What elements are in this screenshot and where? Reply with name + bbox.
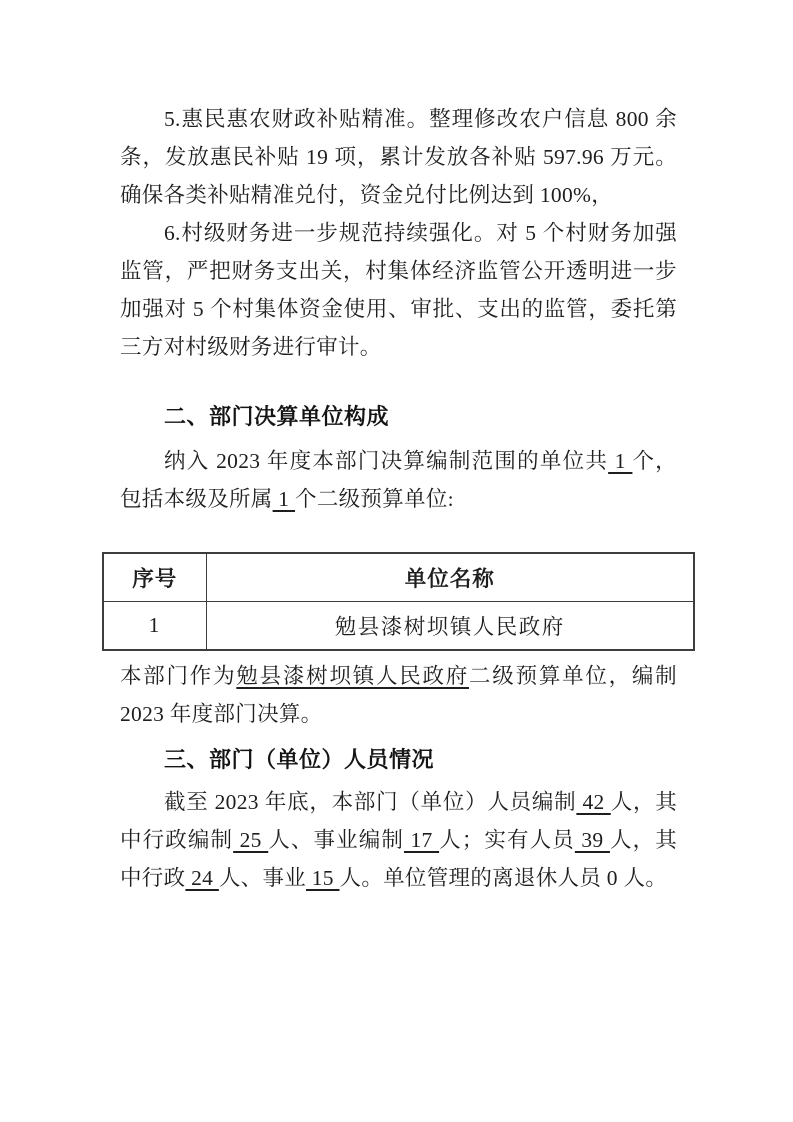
document-content: 5.惠民惠农财政补贴精准。整理修改农户信息 800 余条，发放惠民补贴 19 项… xyxy=(120,100,677,897)
text-run: 人、事业编制 xyxy=(268,828,404,852)
units-table-cell: 勉县漆树坝镇人民政府 xyxy=(206,602,694,651)
underlined-value: 24 xyxy=(185,866,218,890)
paragraph-village-finance: 6.村级财务进一步规范持续强化。对 5 个村财务加强监管，严把财务支出关，村集体… xyxy=(120,214,677,366)
underlined-value: 15 xyxy=(306,866,339,890)
text-run: 个二级预算单位: xyxy=(295,487,454,511)
underlined-value: 42 xyxy=(576,790,610,814)
underlined-value: 39 xyxy=(575,828,610,852)
underlined-value: 17 xyxy=(404,828,439,852)
paragraph-personnel: 截至 2023 年底，本部门（单位）人员编制 42 人，其中行政编制 25 人、… xyxy=(120,783,677,897)
text-run: 6.村级财务进一步规范持续强化。对 5 个村财务加强监管，严把财务支出关，村集体… xyxy=(120,221,677,359)
text-run: 5.惠民惠农财政补贴精准。整理修改农户信息 800 余条，发放惠民补贴 19 项… xyxy=(120,107,677,207)
units-table-header-cell: 序号 xyxy=(103,553,206,602)
paragraph-unit-scope: 纳入 2023 年度本部门决算编制范围的单位共 1 个，包括本级及所属 1 个二… xyxy=(120,442,677,518)
underlined-value: 1 xyxy=(273,487,295,511)
section-heading-personnel: 三、部门（单位）人员情况 xyxy=(120,741,677,779)
text-run: 本部门作为 xyxy=(120,664,236,688)
units-table-header-row: 序号单位名称 xyxy=(103,553,694,602)
text-run: 人。单位管理的离退休人员 0 人。 xyxy=(340,866,668,890)
text-run: 人；实有人员 xyxy=(439,828,575,852)
text-run: 人、事业 xyxy=(219,866,306,890)
text-run: 纳入 2023 年度本部门决算编制范围的单位共 xyxy=(164,449,608,473)
units-table-header-cell: 单位名称 xyxy=(206,553,694,602)
units-table-row: 1勉县漆树坝镇人民政府 xyxy=(103,602,694,651)
text-run: 截至 2023 年底，本部门（单位）人员编制 xyxy=(164,790,576,814)
paragraph-subsidy: 5.惠民惠农财政补贴精准。整理修改农户信息 800 余条，发放惠民补贴 19 项… xyxy=(120,100,677,214)
underlined-value: 1 xyxy=(608,449,632,473)
units-table-cell: 1 xyxy=(103,602,206,651)
document-page: 5.惠民惠农财政补贴精准。整理修改农户信息 800 余条，发放惠民补贴 19 项… xyxy=(0,0,793,1122)
section-heading-unit-composition: 二、部门决算单位构成 xyxy=(120,398,677,436)
paragraph-unit-note: 本部门作为勉县漆树坝镇人民政府二级预算单位，编制 2023 年度部门决算。 xyxy=(120,657,677,733)
units-table: 序号单位名称1勉县漆树坝镇人民政府 xyxy=(102,552,695,651)
underlined-value: 25 xyxy=(233,828,268,852)
underlined-value: 勉县漆树坝镇人民政府 xyxy=(236,664,469,688)
